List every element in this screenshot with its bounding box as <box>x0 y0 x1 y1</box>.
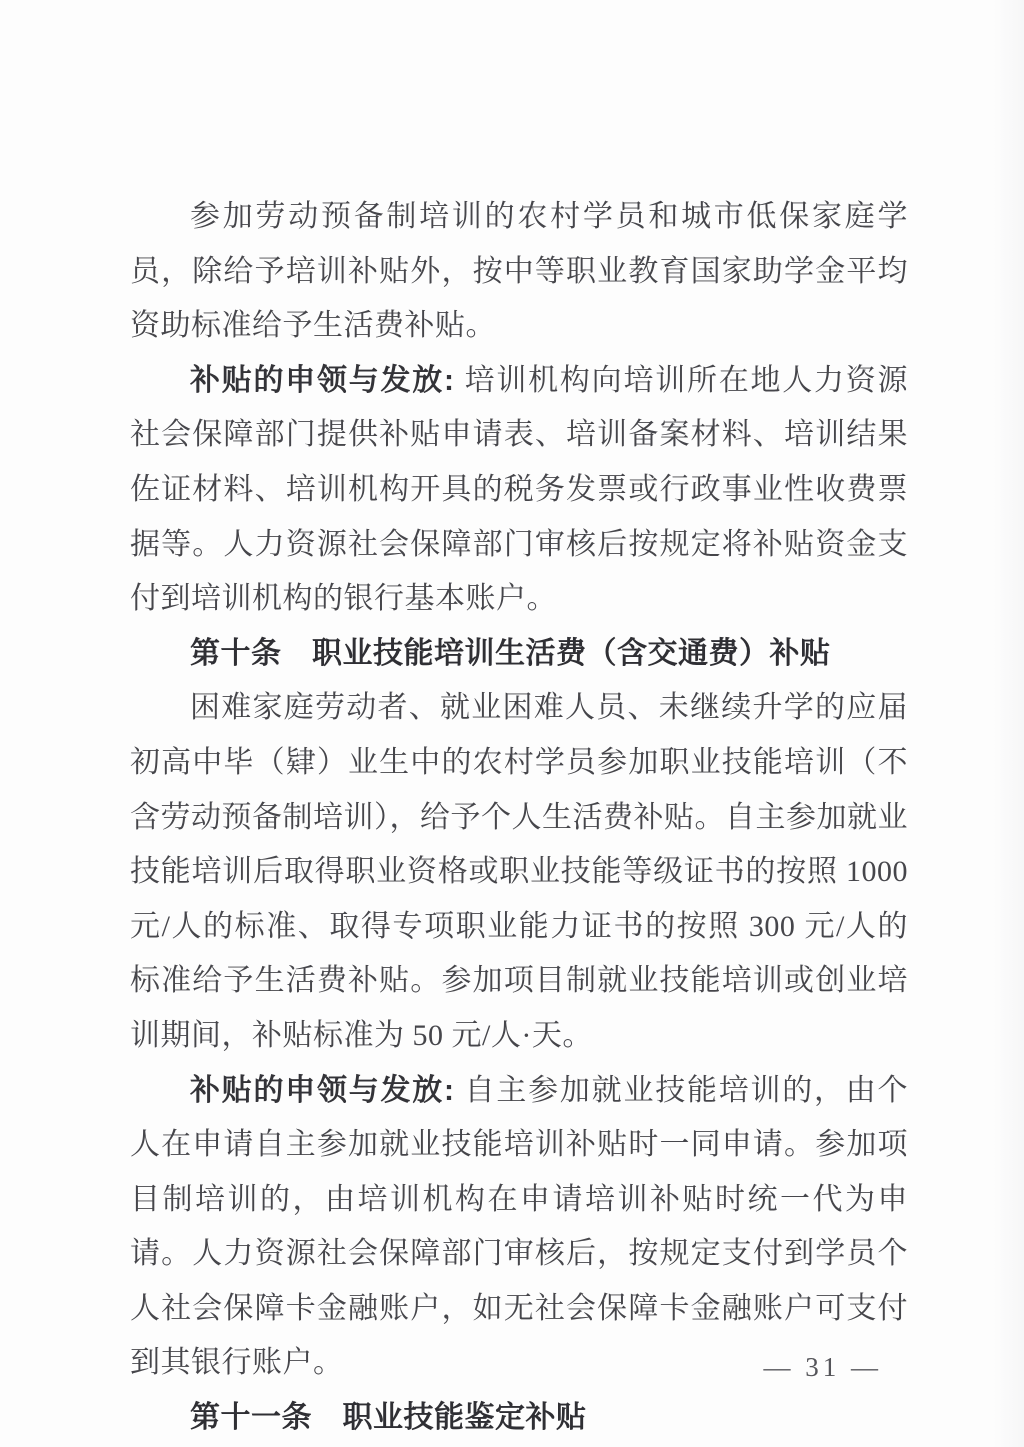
paragraph-subsidy-application-1: 补贴的申领与发放: 培训机构向培训所在地人力资源社会保障部门提供补贴申请表、培训… <box>130 354 908 627</box>
paragraph-lead-label: 补贴的申领与发放: <box>190 364 465 397</box>
paragraph-text: 自主参加就业技能培训的，由个人在申请自主参加就业技能培训补贴时一同申请。参加项目… <box>130 1074 908 1380</box>
paragraph-living-subsidy-intro: 参加劳动预备制培训的农村学员和城市低保家庭学员，除给予培训补贴外，按中等职业教育… <box>130 190 908 354</box>
scanned-document-page: 参加劳动预备制培训的农村学员和城市低保家庭学员，除给予培训补贴外，按中等职业教育… <box>0 0 1024 1447</box>
document-body: 参加劳动预备制培训的农村学员和城市低保家庭学员，除给予培训补贴外，按中等职业教育… <box>130 190 908 1446</box>
heading-article-10: 第十条 职业技能培训生活费（含交通费）补贴 <box>130 627 908 682</box>
paragraph-subsidy-application-2: 补贴的申领与发放: 自主参加就业技能培训的，由个人在申请自主参加就业技能培训补贴… <box>130 1064 908 1392</box>
paragraph-lead-label: 补贴的申领与发放: <box>190 1074 465 1107</box>
paragraph-text: 培训机构向培训所在地人力资源社会保障部门提供补贴申请表、培训备案材料、培训结果佐… <box>130 364 908 615</box>
page-number: — 31 — <box>764 1352 883 1383</box>
paragraph-article-10-body: 困难家庭劳动者、就业困难人员、未继续升学的应届初高中毕（肄）业生中的农村学员参加… <box>130 681 908 1063</box>
heading-article-11: 第十一条 职业技能鉴定补贴 <box>130 1391 908 1446</box>
